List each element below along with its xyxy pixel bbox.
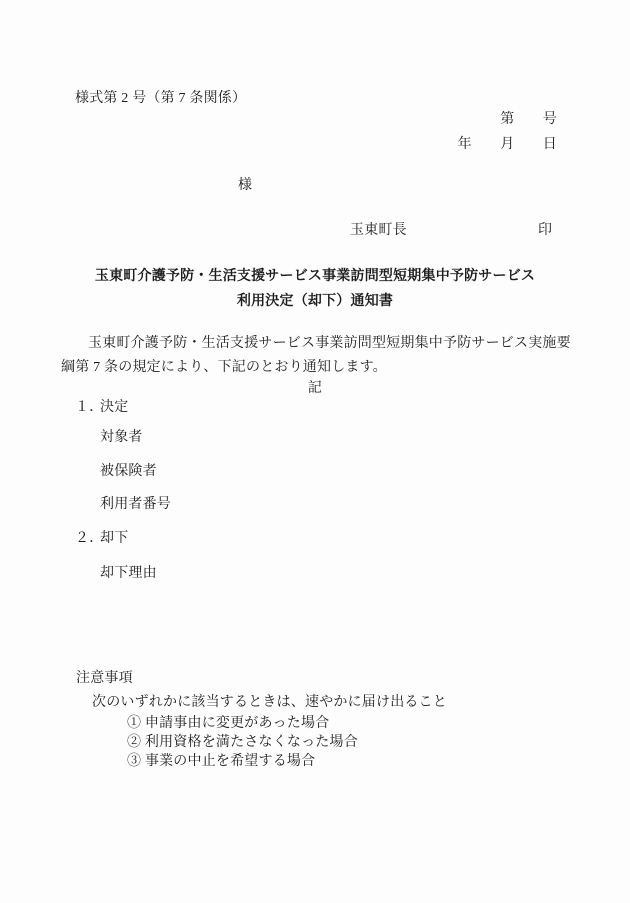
document-page: 様式第 2 号（第 7 条関係） 第 号 年 月 日 様 玉東町長 印 玉東町介…: [0, 0, 630, 903]
notes-intro: 次のいずれかに該当するときは、速やかに届け出ること: [92, 695, 447, 711]
document-title-line1: 玉東町介護予防・生活支援サービス事業訪問型短期集中予防サービス: [0, 269, 630, 285]
field-insured-person: 被保険者: [100, 464, 157, 480]
field-user-number: 利用者番号: [100, 497, 171, 513]
note-item-2: ② 利用資格を満たさなくなった場合: [127, 735, 358, 751]
field-rejection-reason: 却下理由: [100, 566, 157, 582]
section-1-heading: 決定: [100, 400, 128, 416]
addressee-honorific: 様: [238, 178, 252, 194]
notes-heading: 注意事項: [76, 671, 133, 687]
note-item-3: ③ 事業の中止を希望する場合: [127, 754, 315, 770]
seal-mark: 印: [538, 223, 552, 239]
section-2-heading: 却下: [100, 531, 128, 547]
note-item-1: ① 申請事由に変更があった場合: [127, 716, 329, 732]
issue-number-line: 第 号: [500, 112, 557, 128]
record-marker: 記: [0, 381, 630, 397]
body-paragraph-line1: 玉東町介護予防・生活支援サービス事業訪問型短期集中予防サービス実施要: [88, 336, 571, 352]
sender-title: 玉東町長: [350, 223, 407, 239]
body-paragraph-line2: 綱第 7 条の規定により、下記のとおり通知します。: [61, 360, 387, 376]
document-title-line2: 利用決定（却下）通知書: [0, 294, 630, 310]
form-number-label: 様式第 2 号（第 7 条関係）: [75, 91, 246, 107]
issue-date-line: 年 月 日: [458, 137, 557, 153]
field-target-person: 対象者: [100, 430, 143, 446]
